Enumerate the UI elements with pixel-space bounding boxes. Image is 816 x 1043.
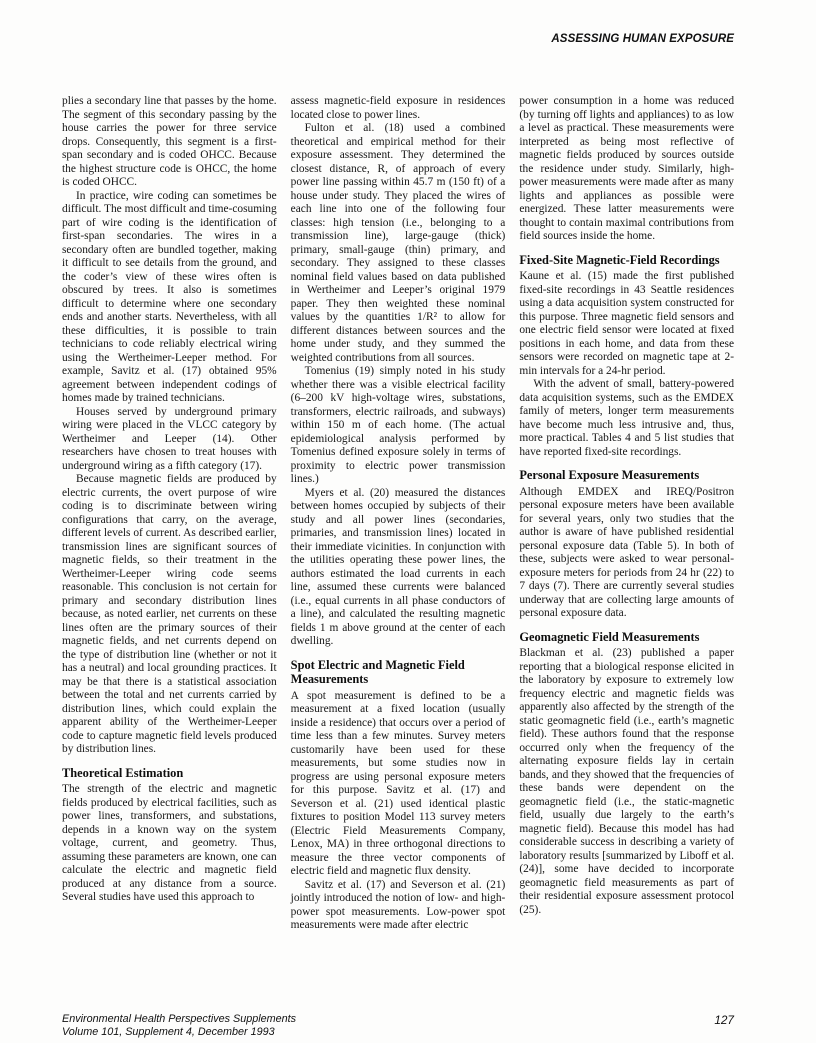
paragraph: Although EMDEX and IREQ/Positron persona…: [519, 486, 734, 621]
paragraph: plies a secondary line that passes by th…: [62, 95, 277, 190]
section-heading-personal-exposure: Personal Exposure Measurements: [519, 468, 734, 483]
journal-footer: Environmental Health Perspectives Supple…: [62, 1013, 296, 1039]
paragraph: Savitz et al. (17) and Severson et al. (…: [291, 879, 506, 933]
section-heading-fixed-site-recordings: Fixed-Site Magnetic-Field Recordings: [519, 253, 734, 268]
paragraph: Fulton et al. (18) used a combined theor…: [291, 122, 506, 365]
paragraph: A spot measurement is defined to be a me…: [291, 690, 506, 879]
paragraph: Kaune et al. (15) made the first publish…: [519, 270, 734, 378]
column-2: assess magnetic-field exposure in reside…: [291, 95, 506, 933]
section-heading-geomagnetic-measurements: Geomagnetic Field Measurements: [519, 630, 734, 645]
paragraph: The strength of the electric and magneti…: [62, 783, 277, 905]
paragraph: In practice, wire coding can sometimes b…: [62, 190, 277, 406]
footer-line-2: Volume 101, Supplement 4, December 1993: [62, 1026, 296, 1039]
paragraph: Myers et al. (20) measured the distances…: [291, 487, 506, 649]
document-page: ASSESSING HUMAN EXPOSURE plies a seconda…: [0, 0, 816, 1043]
text-columns: plies a secondary line that passes by th…: [62, 95, 734, 933]
paragraph: assess magnetic-field exposure in reside…: [291, 95, 506, 122]
running-head: ASSESSING HUMAN EXPOSURE: [62, 33, 734, 45]
paragraph: Houses served by underground primary wir…: [62, 406, 277, 474]
column-1: plies a secondary line that passes by th…: [62, 95, 277, 933]
column-3: power consumption in a home was reduced …: [519, 95, 734, 933]
page-number: 127: [714, 1013, 734, 1027]
paragraph: With the advent of small, battery-powere…: [519, 378, 734, 459]
paragraph: Blackman et al. (23) published a paper r…: [519, 647, 734, 917]
paragraph: power consumption in a home was reduced …: [519, 95, 734, 244]
paragraph: Because magnetic fields are produced by …: [62, 473, 277, 757]
section-heading-spot-measurements: Spot Electric and Magnetic Field Measure…: [291, 658, 506, 687]
paragraph: Tomenius (19) simply noted in his study …: [291, 365, 506, 487]
section-heading-theoretical-estimation: Theoretical Estimation: [62, 766, 277, 781]
footer-line-1: Environmental Health Perspectives Supple…: [62, 1013, 296, 1026]
